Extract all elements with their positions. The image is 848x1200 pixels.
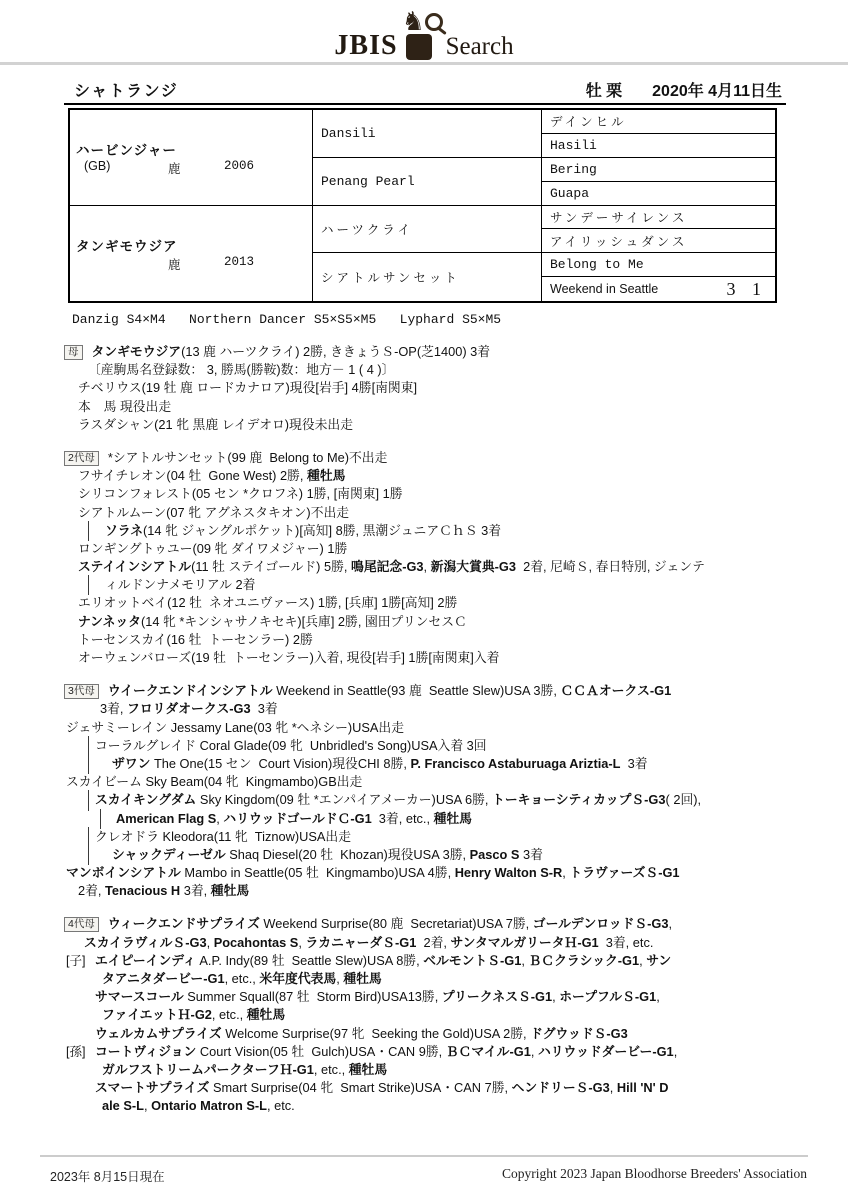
- tree-connector: [88, 845, 89, 865]
- horse-sex-coat: 牡 栗: [586, 78, 622, 101]
- pedigree-text-segment: サマースコール: [95, 989, 184, 1004]
- pedigree-text-segment: 種牡馬: [247, 1007, 285, 1022]
- pedigree-line: ラスダシャン(21 牝 黒鹿 レイデオロ)現役未出走: [64, 416, 804, 434]
- pedigree-text-segment: ,: [531, 1044, 538, 1059]
- pedigree-text-segment: ( 2回),: [666, 792, 702, 807]
- pedigree-text-segment: Henry Walton S-R: [455, 865, 563, 880]
- pedigree-text-segment: ドグウッドＳ-G3: [530, 1026, 628, 1041]
- pedigree-text-segment: Weekend Surprise(80 鹿 Secretariat)USA 7勝…: [260, 916, 533, 931]
- pedigree-report-page: JBIS ♞ Search シャトランジ 牡 栗 2020年 4月11日生 ハー…: [0, 0, 848, 1200]
- pedigree-text-segment: チベリウス(19 牡 鹿 ロードカナロア)現役[岩手] 4勝[南関東]: [78, 380, 417, 395]
- pedigree-text-segment: 鳴尾記念-G3: [351, 559, 424, 574]
- sections: 母タンギモウジア(13 鹿 ハーツクライ) 2勝, ききょうＳ-OP(芝1400…: [64, 343, 804, 1116]
- pedigree-line: 3代母ウイークエンドインシアトル Weekend in Seattle(93 鹿…: [64, 682, 804, 700]
- pedigree-text-segment: スカイビーム Sky Beam(04 牝 Kingmambo)GB出走: [66, 774, 362, 789]
- pedigree-cell-dam: タンギモウジア 鹿 2013: [70, 206, 313, 302]
- pedigree-line: フサイチレオン(04 牡 Gone West) 2勝, 種牡馬: [64, 467, 804, 485]
- pedigree-text-segment: 3着,: [100, 701, 127, 716]
- sire-name: ハービンジャー: [76, 139, 312, 159]
- pedigree-text-segment: (13 鹿 ハーツクライ) 2勝, ききょうＳ-OP(芝1400) 3着: [181, 344, 490, 359]
- pedigree-line: 3着, フロリダオークス-G3 3着: [64, 700, 804, 718]
- pedigree-line: シアトルムーン(07 牝 アグネスタキオン)不出走: [64, 504, 804, 522]
- pedigree-cell-ggp-1: デインヒル: [542, 110, 775, 134]
- pedigree-section-dam2: 2代母*シアトルサンセット(99 鹿 Belong to Me)不出走フサイチレ…: [64, 449, 804, 667]
- pedigree-text-segment: ステイインシアトル: [78, 559, 191, 574]
- tree-connector: [88, 736, 89, 756]
- pedigree-text-segment: ロンギングトゥユー(09 牝 ダイワメジャー) 1勝: [78, 541, 347, 556]
- generation-badge: 4代母: [64, 917, 99, 932]
- pedigree-text-segment: Hill 'N' D: [617, 1080, 669, 1095]
- pedigree-text-segment: ベルモントＳ-G1: [423, 953, 521, 968]
- pedigree-text-segment: ,: [674, 1044, 678, 1059]
- pedigree-text-segment: 3着,: [180, 883, 211, 898]
- pedigree-text-segment: (11 牡 ステイゴールド) 5勝,: [191, 559, 351, 574]
- pedigree-line: 4代母ウィークエンドサプライズ Weekend Surprise(80 鹿 Se…: [64, 915, 804, 933]
- dam-name: タンギモウジア: [76, 235, 312, 255]
- footer-copyright: Copyright 2023 Japan Bloodhorse Breeders…: [502, 1166, 807, 1182]
- pedigree-cell-ggp-8: Weekend in Seattle 3 1: [542, 277, 775, 301]
- pedigree-text-segment: コートヴィジョン: [95, 1044, 196, 1059]
- pedigree-text-segment: (14 牝 ジャングルポケット)[高知] 8勝, 黒潮ジュニアＣｈＳ 3着: [143, 523, 501, 538]
- pedigree-text-segment: Welcome Surprise(97 牝 Seeking the Gold)U…: [222, 1026, 530, 1041]
- pedigree-text-segment: 〔産駒馬名登録数： 3, 勝馬(勝鞍)数：地方－ 1 ( 4 )〕: [88, 362, 394, 377]
- pedigree-line: マンボインシアトル Mambo in Seattle(05 牡 Kingmamb…: [64, 864, 804, 882]
- pedigree-line: スカイビーム Sky Beam(04 牝 Kingmambo)GB出走: [64, 773, 804, 791]
- pedigree-text-segment: フロリダオークス-G3: [127, 701, 251, 716]
- sire-year: 2006: [224, 159, 254, 173]
- pedigree-line: ファイエットＨ-G2, etc., 種牡馬: [64, 1006, 804, 1024]
- pedigree-cell-sire-sire: Dansili: [313, 110, 542, 158]
- pedigree-text-segment: Tenacious H: [105, 883, 180, 898]
- pedigree-line: [孫]コートヴィジョン Court Vision(05 牡 Gulch)USA・…: [64, 1043, 804, 1061]
- pedigree-line: クレオドラ Kleodora(11 牝 Tiznow)USA出走: [64, 828, 804, 846]
- pedigree-text-segment: Pocahontas S: [214, 935, 299, 950]
- pedigree-line: スカイキングダム Sky Kingdom(09 牡 *エンパイアメーカー)USA…: [64, 791, 804, 809]
- pedigree-text-segment: P. Francisco Astaburuaga Ariztia-L: [410, 756, 620, 771]
- logo-search-text: Search: [446, 34, 514, 60]
- pedigree-text-segment: ウェルカムサプライズ: [95, 1026, 222, 1041]
- tree-connector: [88, 575, 89, 595]
- dam-year: 2013: [224, 255, 254, 269]
- pedigree-text-segment: 3着, etc.: [599, 935, 654, 950]
- pedigree-line: タアニタダービー-G1, etc., 米年度代表馬, 種牡馬: [64, 970, 804, 988]
- pedigree-text-segment: ウィークエンドサプライズ: [108, 916, 260, 931]
- pedigree-line: ジェサミーレイン Jessamy Lane(03 牝 *ヘネシー)USA出走: [64, 719, 804, 737]
- pedigree-cell-dam-dam: シアトルサンセット: [313, 253, 542, 301]
- pedigree-line: 母タンギモウジア(13 鹿 ハーツクライ) 2勝, ききょうＳ-OP(芝1400…: [64, 343, 804, 361]
- pedigree-line: シャックディーゼル Shaq Diesel(20 牡 Khozan)現役USA …: [64, 846, 804, 864]
- relation-tag: [子]: [66, 952, 95, 970]
- pedigree-line: サマースコール Summer Squall(87 牡 Storm Bird)US…: [64, 988, 804, 1006]
- logo-horse-magnifier-icon: ♞: [401, 10, 443, 60]
- pedigree-text-segment: トーキョーシティカップＳ-G3: [492, 792, 666, 807]
- pedigree-text-segment: 新潟大賞典-G3: [431, 559, 516, 574]
- pedigree-text-segment: Weekend in Seattle(93 鹿 Seattle Slew)USA…: [273, 683, 561, 698]
- pedigree-cell-ggp-5: サンデーサイレンス: [542, 206, 775, 230]
- pedigree-line: ナンネッタ(14 牝 *キンシャサノキセキ)[兵庫] 2勝, 園田プリンセスＣ: [64, 613, 804, 631]
- generation-badge: 母: [64, 345, 83, 360]
- relation-tag: [孫]: [66, 1043, 95, 1061]
- pedigree-text-segment: , etc.,: [212, 1007, 247, 1022]
- pedigree-text-segment: ,: [610, 1080, 617, 1095]
- pedigree-text-segment: ガルフストリームパークターフＨ-G1: [102, 1062, 314, 1077]
- pedigree-text-segment: ,: [207, 935, 214, 950]
- pedigree-text-segment: タンギモウジア: [92, 344, 182, 359]
- pedigree-text-segment: ,: [656, 989, 660, 1004]
- pedigree-text-segment: トラヴァーズＳ-G1: [569, 865, 679, 880]
- pedigree-line: シリコンフォレスト(05 セン *クロフネ) 1勝, [南関東] 1勝: [64, 485, 804, 503]
- pedigree-text-segment: Summer Squall(87 牡 Storm Bird)USA13勝,: [184, 989, 442, 1004]
- dam-coat: 鹿: [168, 255, 181, 273]
- tree-connector: [100, 809, 101, 829]
- pedigree-text-segment: ,: [424, 559, 431, 574]
- footer-divider: [40, 1155, 808, 1157]
- pedigree-text-segment: プリークネスＳ-G1: [442, 989, 552, 1004]
- pedigree-text-segment: 種牡馬: [434, 811, 472, 826]
- pedigree-text-segment: 種牡馬: [343, 971, 381, 986]
- pedigree-line: 2着, Tenacious H 3着, 種牡馬: [64, 882, 804, 900]
- pedigree-text-segment: 本 馬 現役出走: [78, 399, 171, 414]
- generation-badge: 3代母: [64, 684, 99, 699]
- pedigree-text-segment: 3着: [519, 847, 542, 862]
- pedigree-text-segment: サンタマルガリータＨ-G1: [451, 935, 599, 950]
- inbreeding-line: Danzig S4×M4 Northern Dancer S5×S5×M5 Ly…: [64, 312, 804, 330]
- pedigree-text-segment: シアトルムーン(07 牝 アグネスタキオン)不出走: [78, 505, 349, 520]
- pedigree-line: チベリウス(19 牡 鹿 ロードカナロア)現役[岩手] 4勝[南関東]: [64, 379, 804, 397]
- pedigree-line: トーセンスカイ(16 牡 トーセンラー) 2勝: [64, 631, 804, 649]
- pedigree-text-segment: ファイエットＨ-G2: [102, 1007, 212, 1022]
- pedigree-line: コーラルグレイド Coral Glade(09 牝 Unbridled's So…: [64, 737, 804, 755]
- pedigree-text-segment: ナンネッタ: [78, 614, 141, 629]
- pedigree-table: ハービンジャー (GB) 鹿 2006 タンギモウジア 鹿 2013 Dansi…: [68, 108, 777, 303]
- pedigree-text-segment: ハリウッドゴールドＣ-G1: [223, 811, 371, 826]
- pedigree-text-segment: ウイークエンドインシアトル: [108, 683, 273, 698]
- pedigree-text-segment: 3着: [251, 701, 278, 716]
- pedigree-line: オーウェンバローズ(19 牡 トーセンラー)入着, 現役[岩手] 1勝[南関東]…: [64, 649, 804, 667]
- pedigree-text-segment: ジェサミーレイン Jessamy Lane(03 牝 *ヘネシー)USA出走: [66, 720, 404, 735]
- dam-details: 鹿 2013: [76, 255, 312, 272]
- pedigree-cell-ggp-6: アイリッシュダンス: [542, 229, 775, 253]
- pedigree-text-segment: エイピーインディ: [95, 953, 196, 968]
- pedigree-text-segment: フサイチレオン(04 牡 Gone West) 2勝,: [78, 468, 307, 483]
- pedigree-cell-ggp-4: Guapa: [542, 182, 775, 206]
- horse-birthdate: 2020年 4月11日生: [652, 78, 782, 101]
- sire-details: (GB) 鹿 2006: [76, 159, 312, 176]
- logo-jbis-text: JBIS: [334, 32, 397, 60]
- header-divider: [0, 62, 848, 65]
- title-bar: シャトランジ 牡 栗 2020年 4月11日生: [64, 78, 786, 105]
- pedigree-text-segment: , etc.: [267, 1098, 295, 1113]
- pedigree-line: ザワン The One(15 セン Court Vision)現役CHI 8勝,…: [64, 755, 804, 773]
- pedigree-text-segment: Shaq Diesel(20 牡 Khozan)現役USA 3勝,: [226, 847, 470, 862]
- pedigree-text-segment: ,: [669, 916, 673, 931]
- jbis-search-logo: JBIS ♞ Search: [0, 10, 848, 60]
- pedigree-cell-ggp-3: Bering: [542, 158, 775, 182]
- sire-coat: 鹿: [168, 159, 181, 177]
- pedigree-cell-ggp-2: Hasili: [542, 134, 775, 158]
- pedigree-section-dam: 母タンギモウジア(13 鹿 ハーツクライ) 2勝, ききょうＳ-OP(芝1400…: [64, 343, 804, 434]
- pedigree-text-segment: American Flag S: [116, 811, 216, 826]
- pedigree-text-segment: 3着, etc.,: [372, 811, 434, 826]
- pedigree-text-segment: ＢＣマイル-G1: [446, 1044, 531, 1059]
- pedigree-text-segment: 2着,: [416, 935, 450, 950]
- pedigree-text-segment: シリコンフォレスト(05 セン *クロフネ) 1勝, [南関東] 1勝: [78, 486, 403, 501]
- ggp-8-name: Weekend in Seattle: [550, 282, 658, 296]
- pedigree-section-dam3: 3代母ウイークエンドインシアトル Weekend in Seattle(93 鹿…: [64, 682, 804, 900]
- sire-origin: (GB): [84, 159, 110, 173]
- pedigree-text-segment: ハリウッドダービー-G1: [538, 1044, 674, 1059]
- pedigree-text-segment: *シアトルサンセット(99 鹿 Belong to Me)不出走: [108, 450, 388, 465]
- pedigree-text-segment: ラカニャーダＳ-G1: [305, 935, 416, 950]
- pedigree-text-segment: マンボインシアトル: [66, 865, 181, 880]
- tree-connector: [88, 827, 89, 847]
- pedigree-text-segment: 米年度代表馬: [259, 971, 336, 986]
- pedigree-text-segment: トーセンスカイ(16 牡 トーセンラー) 2勝: [78, 632, 313, 647]
- pedigree-text-segment: 3着: [620, 756, 647, 771]
- tree-connector: [88, 754, 89, 774]
- pedigree-detail-content: Danzig S4×M4 Northern Dancer S5×S5×M5 Ly…: [64, 312, 804, 1116]
- pedigree-line: 2代母*シアトルサンセット(99 鹿 Belong to Me)不出走: [64, 449, 804, 467]
- pedigree-text-segment: (14 牝 *キンシャサノキセキ)[兵庫] 2勝, 園田プリンセスＣ: [141, 614, 467, 629]
- horse-info: 牡 栗 2020年 4月11日生: [586, 78, 786, 101]
- pedigree-line: 本 馬 現役出走: [64, 398, 804, 416]
- pedigree-text-segment: ホープフルＳ-G1: [559, 989, 656, 1004]
- pedigree-line: ソラネ(14 牝 ジャングルポケット)[高知] 8勝, 黒潮ジュニアＣｈＳ 3着: [64, 522, 804, 540]
- pedigree-text-segment: ＢＣクラシック-G1: [528, 953, 639, 968]
- pedigree-cell-sire-dam: Penang Pearl: [313, 158, 542, 206]
- pedigree-text-segment: ヘンドリーＳ-G3: [512, 1080, 610, 1095]
- pedigree-line: ウェルカムサプライズ Welcome Surprise(97 牝 Seeking…: [64, 1025, 804, 1043]
- pedigree-cell-dam-sire: ハーツクライ: [313, 206, 542, 254]
- pedigree-text-segment: サン: [646, 953, 671, 968]
- pedigree-text-segment: Pasco S: [470, 847, 520, 862]
- pedigree-text-segment: , etc.,: [225, 971, 260, 986]
- pedigree-text-segment: オーウェンバローズ(19 牡 トーセンラー)入着, 現役[岩手] 1勝[南関東]…: [78, 650, 499, 665]
- pedigree-text-segment: Court Vision(05 牡 Gulch)USA・CAN 9勝,: [196, 1044, 445, 1059]
- pedigree-line: ィルドンナメモリアル 2着: [64, 576, 804, 594]
- pedigree-text-segment: ゴールデンロッドＳ-G3: [533, 916, 669, 931]
- pedigree-text-segment: コーラルグレイド Coral Glade(09 牝 Unbridled's So…: [95, 738, 487, 753]
- horse-icon: ♞: [402, 8, 425, 34]
- pedigree-line: American Flag S, ハリウッドゴールドＣ-G1 3着, etc.,…: [64, 810, 804, 828]
- pedigree-text-segment: クレオドラ Kleodora(11 牝 Tiznow)USA出走: [95, 829, 351, 844]
- pedigree-text-segment: Sky Kingdom(09 牡 *エンパイアメーカー)USA 6勝,: [196, 792, 492, 807]
- pedigree-text-segment: ィルドンナメモリアル 2着: [105, 577, 255, 592]
- pedigree-line: ロンギングトゥユー(09 牝 ダイワメジャー) 1勝: [64, 540, 804, 558]
- pedigree-text-segment: タアニタダービー-G1: [102, 971, 225, 986]
- generation-badge: 2代母: [64, 451, 99, 466]
- pedigree-text-segment: 2着, 尼崎Ｓ, 春日特別, ジェンテ: [516, 559, 705, 574]
- pedigree-text-segment: A.P. Indy(89 牡 Seattle Slew)USA 8勝,: [196, 953, 423, 968]
- pedigree-text-segment: シャックディーゼル: [112, 847, 226, 862]
- pedigree-cell-sire: ハービンジャー (GB) 鹿 2006: [70, 110, 313, 206]
- pedigree-text-segment: ＣＣＡオークス-G1: [560, 683, 671, 698]
- pedigree-text-segment: スカイキングダム: [95, 792, 196, 807]
- pedigree-text-segment: , etc.,: [314, 1062, 349, 1077]
- pedigree-text-segment: 種牡馬: [349, 1062, 387, 1077]
- pedigree-text-segment: Ontario Matron S-L: [151, 1098, 267, 1113]
- pedigree-section-dam4: 4代母ウィークエンドサプライズ Weekend Surprise(80 鹿 Se…: [64, 915, 804, 1115]
- footer-date: 2023年 8月15日現在: [50, 1167, 165, 1185]
- pedigree-cell-ggp-7: Belong to Me: [542, 253, 775, 277]
- pedigree-line: 〔産駒馬名登録数： 3, 勝馬(勝鞍)数：地方－ 1 ( 4 )〕: [64, 361, 804, 379]
- magnifier-handle: [436, 26, 447, 35]
- tree-connector: [88, 521, 89, 541]
- pedigree-text-segment: 2着,: [78, 883, 105, 898]
- pedigree-text-segment: 種牡馬: [307, 468, 345, 483]
- pedigree-line: [子]エイピーインディ A.P. Indy(89 牡 Seattle Slew)…: [64, 952, 804, 970]
- pedigree-line: スマートサプライズ Smart Surprise(04 牝 Smart Stri…: [64, 1079, 804, 1097]
- pedigree-line: ステイインシアトル(11 牡 ステイゴールド) 5勝, 鳴尾記念-G3, 新潟大…: [64, 558, 804, 576]
- horse-name: シャトランジ: [64, 78, 178, 101]
- pedigree-line: ale S-L, Ontario Matron S-L, etc.: [64, 1097, 804, 1115]
- pedigree-text-segment: Smart Surprise(04 牝 Smart Strike)USA・CAN…: [209, 1080, 511, 1095]
- pedigree-line: エリオットベイ(12 牡 ネオユニヴァース) 1勝, [兵庫] 1勝[高知] 2…: [64, 594, 804, 612]
- pedigree-text-segment: ソラネ: [105, 523, 143, 538]
- pedigree-text-segment: ラスダシャン(21 牝 黒鹿 レイデオロ)現役未出走: [78, 417, 353, 432]
- pedigree-text-segment: エリオットベイ(12 牡 ネオユニヴァース) 1勝, [兵庫] 1勝[高知] 2…: [78, 595, 457, 610]
- pedigree-text-segment: The One(15 セン Court Vision)現役CHI 8勝,: [150, 756, 410, 771]
- pedigree-line: スカイラヴィルＳ-G3, Pocahontas S, ラカニャーダＳ-G1 2着…: [64, 934, 804, 952]
- barrel-shape: [406, 34, 432, 60]
- pedigree-text-segment: ザワン: [112, 756, 150, 771]
- pedigree-text-segment: スカイラヴィルＳ-G3: [84, 935, 207, 950]
- pedigree-text-segment: スマートサプライズ: [95, 1080, 209, 1095]
- pedigree-text-segment: ale S-L: [102, 1098, 144, 1113]
- pedigree-line: ガルフストリームパークターフＨ-G1, etc., 種牡馬: [64, 1061, 804, 1079]
- page-note: 3 1: [727, 279, 768, 300]
- pedigree-text-segment: 種牡馬: [211, 883, 249, 898]
- pedigree-text-segment: Mambo in Seattle(05 牡 Kingmambo)USA 4勝,: [181, 865, 455, 880]
- tree-connector: [88, 790, 89, 810]
